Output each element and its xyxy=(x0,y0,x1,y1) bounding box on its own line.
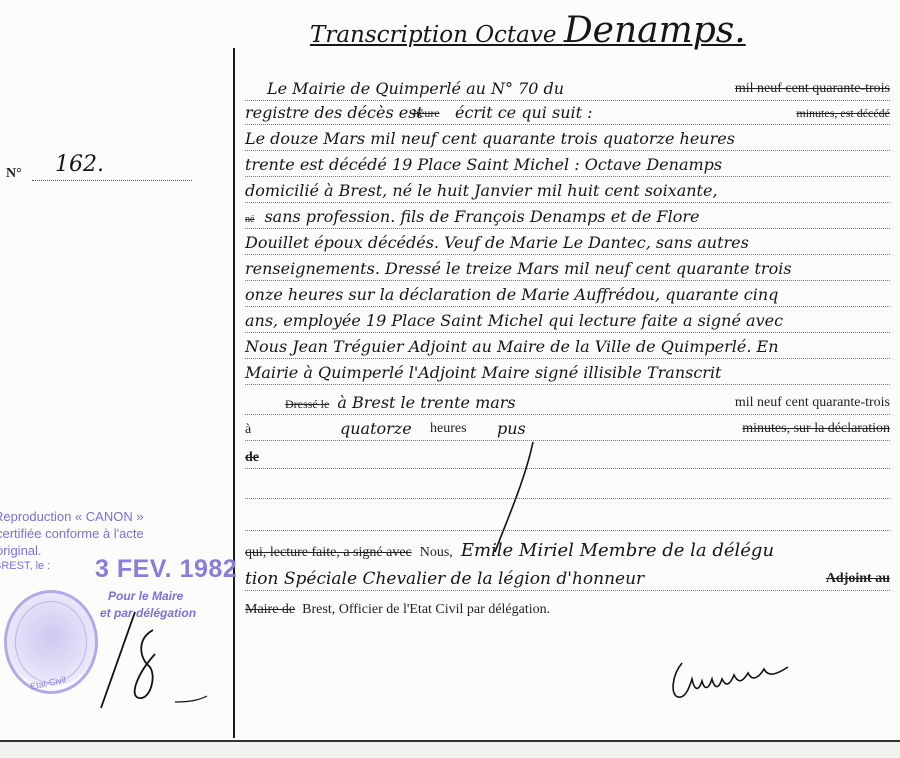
text-line-3: Le douze Mars mil neuf cent quarante tro… xyxy=(245,128,890,151)
transcription-year: mil neuf cent quarante-trois xyxy=(735,392,890,414)
printed-struck-text: mil neuf cent quarante-trois xyxy=(735,78,890,100)
handwritten-text: sans profession. fils de François Denamp… xyxy=(258,207,699,226)
declarant-line: de xyxy=(245,446,890,469)
officer-line-3: Maire de Brest, Officier de l'Etat Civil… xyxy=(245,598,890,620)
text-line-9: onze heures sur la déclaration de Marie … xyxy=(245,284,890,307)
margin-rule xyxy=(233,48,235,738)
transcription-minutes: pus xyxy=(497,418,526,440)
printed-struck-text: de xyxy=(245,450,259,465)
officer-line-1: qui, lecture faite, a signé avec Nous, E… xyxy=(245,540,890,562)
handwritten-text: écrit ce qui suit : xyxy=(455,102,593,124)
text-line-6: né sans profession. fils de François Den… xyxy=(245,206,890,229)
transcription-place-date: à Brest le trente mars xyxy=(333,393,515,412)
printed-struck-text: né xyxy=(245,214,254,225)
text-line-2: registre des décès est heure écrit ce qu… xyxy=(245,102,890,125)
text-line-1: Le Mairie de Quimperlé au N° 70 du mil n… xyxy=(245,78,890,101)
register-number-line xyxy=(32,180,192,181)
handwritten-text: registre des décès est xyxy=(245,103,423,122)
printed-struck-text: Adjoint au xyxy=(826,568,890,590)
text-line-10: ans, employée 19 Place Saint Michel qui … xyxy=(245,310,890,333)
handwritten-text: Le Mairie de Quimperlé au N° 70 du xyxy=(245,79,564,98)
officer-title: tion Spéciale Chevalier de la légion d'h… xyxy=(245,569,644,589)
blank-line-1 xyxy=(245,476,890,499)
register-number: 162. xyxy=(55,152,104,177)
transcription-time-line: à quatorze heures pus minutes, sur la dé… xyxy=(245,418,890,441)
printed-text: Brest, Officier de l'Etat Civil par délé… xyxy=(299,602,550,617)
title-prefix: Transcription Octave xyxy=(310,22,557,48)
text-line-4: trente est décédé 19 Place Saint Michel … xyxy=(245,154,890,177)
stamp-line-1: Reproduction « CANON » xyxy=(0,509,144,524)
stamp-pour-le-maire: Pour le Maire xyxy=(108,589,183,603)
text-line-5: domicilié à Brest, né le huit Janvier mi… xyxy=(245,180,890,203)
officer-signature xyxy=(668,655,808,705)
printed-text: heures xyxy=(430,418,467,440)
printed-struck-text: Dressé le xyxy=(245,397,329,411)
printed-struck-text: heure xyxy=(413,102,440,124)
stamp-line-3: original. xyxy=(0,543,42,558)
stamp-date: 3 FEV. 1982 xyxy=(95,555,237,584)
printed-struck-text: minutes, est décédé xyxy=(796,102,890,124)
stamp-signature xyxy=(95,610,215,720)
page-bottom-edge xyxy=(0,740,900,758)
text-line-12: Mairie à Quimperlé l'Adjoint Maire signé… xyxy=(245,362,890,385)
printed-text: Nous, xyxy=(416,545,453,560)
printed-struck-text: minutes, sur la déclaration xyxy=(742,418,890,440)
pen-stroke xyxy=(485,440,545,560)
text-line-7: Douillet époux décédés. Veuf de Marie Le… xyxy=(245,232,890,255)
document-page: Transcription Octave Denamps. N° 162. Le… xyxy=(0,0,900,740)
printed-struck-text: Maire de xyxy=(245,602,295,617)
text-line-8: renseignements. Dressé le treize Mars mi… xyxy=(245,258,890,281)
title-name: Denamps. xyxy=(564,10,746,51)
transcription-date-line: Dressé le à Brest le trente mars mil neu… xyxy=(245,392,890,415)
text-line-11: Nous Jean Tréguier Adjoint au Maire de l… xyxy=(245,336,890,359)
stamp-line-4: BREST, le : xyxy=(0,560,50,572)
blank-line-2 xyxy=(245,508,890,531)
printed-struck-text: qui, lecture faite, a signé avec xyxy=(245,545,412,560)
document-title: Transcription Octave Denamps. xyxy=(310,10,746,51)
register-number-label: N° xyxy=(6,166,22,182)
printed-text: à xyxy=(245,422,251,437)
transcription-hour: quatorze xyxy=(340,418,412,440)
officer-line-2: tion Spéciale Chevalier de la légion d'h… xyxy=(245,568,890,591)
stamp-line-2: certifiée conforme à l'acte xyxy=(0,526,144,541)
